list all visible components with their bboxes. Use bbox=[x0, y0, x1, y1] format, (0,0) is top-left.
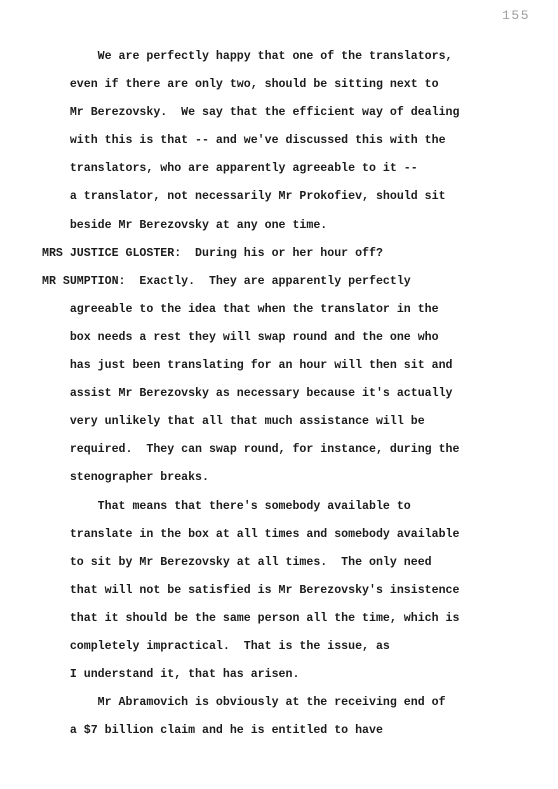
transcript-line: MR SUMPTION: Exactly. They are apparentl… bbox=[42, 268, 550, 296]
transcript-line: that it should be the same person all th… bbox=[42, 605, 550, 633]
transcript-line: even if there are only two, should be si… bbox=[42, 71, 550, 99]
page-number: 155 bbox=[502, 8, 530, 23]
transcript-line: stenographer breaks. bbox=[42, 464, 550, 492]
transcript-body: We are perfectly happy that one of the t… bbox=[42, 43, 550, 745]
transcript-line: We are perfectly happy that one of the t… bbox=[42, 43, 550, 71]
transcript-line: MRS JUSTICE GLOSTER: During his or her h… bbox=[42, 240, 550, 268]
transcript-line: box needs a rest they will swap round an… bbox=[42, 324, 550, 352]
transcript-line: completely impractical. That is the issu… bbox=[42, 633, 550, 661]
transcript-page: 155 We are perfectly happy that one of t… bbox=[0, 0, 558, 789]
transcript-line: translate in the box at all times and so… bbox=[42, 521, 550, 549]
transcript-line: I understand it, that has arisen. bbox=[42, 661, 550, 689]
transcript-line: required. They can swap round, for insta… bbox=[42, 436, 550, 464]
transcript-line: Mr Abramovich is obviously at the receiv… bbox=[42, 689, 550, 717]
transcript-line: assist Mr Berezovsky as necessary becaus… bbox=[42, 380, 550, 408]
transcript-line: agreeable to the idea that when the tran… bbox=[42, 296, 550, 324]
transcript-line: Mr Berezovsky. We say that the efficient… bbox=[42, 99, 550, 127]
transcript-line: translators, who are apparently agreeabl… bbox=[42, 155, 550, 183]
transcript-line: has just been translating for an hour wi… bbox=[42, 352, 550, 380]
transcript-line: a translator, not necessarily Mr Prokofi… bbox=[42, 183, 550, 211]
transcript-line: a $7 billion claim and he is entitled to… bbox=[42, 717, 550, 745]
transcript-line: That means that there's somebody availab… bbox=[42, 493, 550, 521]
transcript-line: that will not be satisfied is Mr Berezov… bbox=[42, 577, 550, 605]
transcript-line: with this is that -- and we've discussed… bbox=[42, 127, 550, 155]
transcript-line: to sit by Mr Berezovsky at all times. Th… bbox=[42, 549, 550, 577]
transcript-line: very unlikely that all that much assista… bbox=[42, 408, 550, 436]
transcript-line: beside Mr Berezovsky at any one time. bbox=[42, 212, 550, 240]
